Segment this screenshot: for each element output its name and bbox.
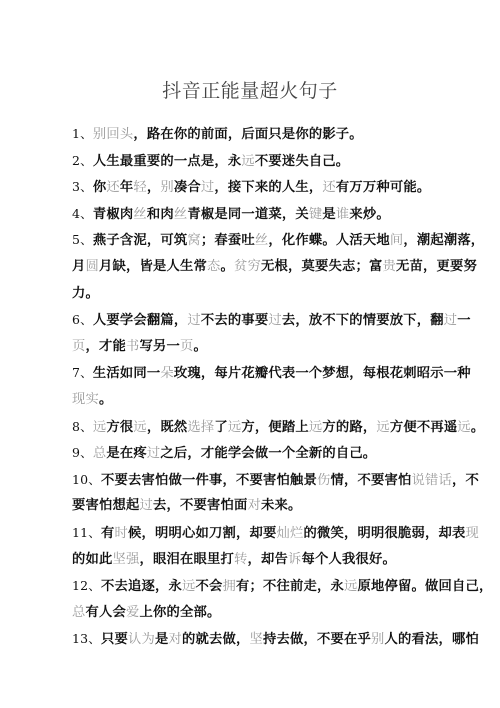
item-number: 12、: [72, 578, 101, 593]
text-segment: 方的路，: [322, 420, 376, 435]
text-segment: 说错话: [411, 473, 452, 488]
text-segment: 是在疼: [106, 446, 147, 461]
text-segment: 认为: [128, 632, 155, 647]
text-segment: 时: [115, 526, 129, 541]
text-segment: 远: [376, 420, 390, 435]
text-segment: 持去做，不要在乎: [263, 632, 371, 647]
text-segment: 丝: [174, 207, 188, 222]
text-segment: ，接下来的人生，: [214, 180, 322, 195]
text-segment: 诉: [288, 552, 302, 567]
text-segment: 人的看法，哪怕: [384, 632, 478, 647]
text-segment: ，眼泪在眼里打: [140, 552, 234, 567]
text-segment: 书: [126, 339, 140, 354]
text-segment: 不会: [196, 579, 223, 594]
text-line: 要害怕想起过去，不要害怕面对未来。: [72, 493, 452, 520]
text-segment: 的如此: [72, 552, 113, 567]
text-segment: 一: [457, 313, 471, 328]
text-segment: 贫穷: [234, 259, 261, 274]
text-segment: 是: [155, 632, 169, 647]
text-segment: ，既然: [147, 420, 188, 435]
text-segment: 和肉: [147, 207, 174, 222]
text-segment: 远: [344, 579, 358, 594]
text-segment: 方，便踏上: [241, 420, 308, 435]
text-segment: 只要: [101, 632, 128, 647]
text-segment: 过: [268, 313, 282, 328]
text-line: 的如此坚强，眼泪在眼里打转，却告诉每个人我很好。: [72, 547, 452, 574]
text-segment: ；春蚕吐: [201, 233, 255, 248]
text-segment: 人要学会翻篇，: [93, 313, 187, 328]
text-line: 11、有时候，明明心如刀割，却要灿烂的微笑，明明很脆弱，却表现: [72, 520, 452, 547]
text-line: 力。: [72, 281, 452, 308]
text-segment: 月: [72, 259, 86, 274]
text-segment: 未来。: [261, 498, 302, 513]
text-line: 13、只要认为是对的就去做，坚持去做，不要在乎别人的看法，哪怕: [72, 626, 452, 653]
item-number: 13、: [72, 631, 101, 646]
text-line: 3、你还年轻，别凑合过，接下来的人生，还有万万种可能。: [72, 174, 452, 201]
text-segment: 过: [187, 313, 201, 328]
text-segment: 朵: [160, 366, 174, 381]
item-number: 8、: [72, 419, 93, 434]
text-segment: ，化作蝶。人活天地: [268, 233, 389, 248]
text-segment: 过: [139, 498, 153, 513]
text-segment: 去，放不下的情要放下，翻: [282, 313, 444, 328]
text-segment: 是: [322, 207, 336, 222]
text-segment: 写另一: [140, 339, 181, 354]
text-segment: 生活如同一: [93, 366, 160, 381]
text-segment: 燕子含泥，可筑: [93, 233, 187, 248]
text-segment: 的微笑，明明很脆弱，却表: [303, 526, 465, 541]
text-segment: ，才能: [86, 339, 127, 354]
text-segment: 现实: [72, 392, 99, 407]
text-line: 5、燕子含泥，可筑窝；春蚕吐丝，化作蝶。人活天地间，潮起潮落，: [72, 227, 452, 254]
item-number: 6、: [72, 312, 93, 327]
item-number: 11、: [72, 525, 101, 540]
text-segment: 不要去害怕做一件事，不要害怕触景: [101, 473, 317, 488]
text-segment: 年: [120, 180, 134, 195]
text-line: 2、人生最重要的一点是，永远不要迷失自己。: [72, 148, 452, 175]
text-segment: 远: [133, 420, 147, 435]
text-segment: 有: [101, 526, 115, 541]
item-number: 5、: [72, 232, 93, 247]
text-segment: 窝: [187, 233, 201, 248]
text-segment: 伤: [317, 473, 331, 488]
text-segment: 凑合: [174, 180, 201, 195]
text-line: 4、青椒肉丝和肉丝青椒是同一道菜，关键是谁来炒。: [72, 201, 452, 228]
text-segment: 轻: [133, 180, 147, 195]
text-segment: 转: [234, 552, 248, 567]
text-segment: 别回头: [93, 127, 134, 142]
text-segment: 去，不要害怕面: [153, 498, 247, 513]
text-segment: 人生最重要的一点是，永: [93, 154, 241, 169]
text-segment: 灿烂: [276, 526, 303, 541]
text-segment: 态: [207, 259, 221, 274]
text-segment: 力。: [72, 286, 99, 301]
text-segment: 情，不要害怕: [330, 473, 411, 488]
text-segment: 要害怕想起: [72, 498, 139, 513]
text-segment: 页: [72, 339, 86, 354]
text-segment: 页: [180, 339, 194, 354]
text-segment: 拥: [223, 579, 237, 594]
text-segment: 现: [465, 526, 479, 541]
text-line: 现实。: [72, 387, 452, 414]
text-line: 页，才能书写另一页。: [72, 334, 452, 361]
text-segment: 上你的全部。: [140, 605, 221, 620]
text-segment: 玫瑰，每片花瓣代表一个梦想，每根花刺昭示一种: [174, 366, 471, 381]
text-segment: ，潮起潮落，: [403, 233, 484, 248]
text-segment: 有万万种可能。: [336, 180, 430, 195]
document-body: 1、别回头，路在你的前面，后面只是你的影子。2、人生最重要的一点是，永远不要迷失…: [72, 121, 452, 653]
item-number: 2、: [72, 153, 93, 168]
text-line: 8、远方很远，既然选择了远方，便踏上远方的路，远方便不再遥远。: [72, 414, 452, 441]
text-segment: 爱: [126, 605, 140, 620]
text-segment: 了: [214, 420, 228, 435]
text-segment: 选择: [187, 420, 214, 435]
text-segment: 贵: [382, 259, 396, 274]
text-segment: 远: [228, 420, 242, 435]
item-number: 7、: [72, 365, 93, 380]
text-segment: 方很: [106, 420, 133, 435]
text-segment: 你: [93, 180, 107, 195]
item-number: 9、: [72, 445, 93, 460]
text-segment: 候，明明心如刀割，却要: [128, 526, 276, 541]
text-segment: 原地停留。做回自己，: [357, 579, 492, 594]
text-segment: 对: [247, 498, 261, 513]
text-segment: ，不: [452, 473, 479, 488]
text-segment: 无苗，更要努: [396, 259, 477, 274]
text-segment: ，路在你的前面，后面只是你的影子。: [133, 127, 362, 142]
text-segment: 圆: [86, 259, 100, 274]
text-segment: 来炒。: [349, 207, 390, 222]
item-number: 10、: [72, 472, 101, 487]
text-segment: 总: [93, 446, 107, 461]
text-segment: 丝: [255, 233, 269, 248]
text-segment: 无根，莫要失志；富: [261, 259, 382, 274]
text-segment: 不去的事要: [201, 313, 268, 328]
text-segment: 坚强: [113, 552, 140, 567]
text-line: 总有人会爱上你的全部。: [72, 600, 452, 627]
text-segment: 对: [169, 632, 183, 647]
text-segment: 别: [371, 632, 385, 647]
text-line: 7、生活如同一朵玫瑰，每片花瓣代表一个梦想，每根花刺昭示一种: [72, 360, 452, 387]
text-line: 1、别回头，路在你的前面，后面只是你的影子。: [72, 121, 452, 148]
text-segment: 别: [160, 180, 174, 195]
text-segment: 键: [309, 207, 323, 222]
text-line: 10、不要去害怕做一件事，不要害怕触景伤情，不要害怕说错话，不: [72, 467, 452, 494]
text-segment: 不去追逐，永: [101, 579, 182, 594]
text-segment: 过: [201, 180, 215, 195]
text-segment: 之后，才能学会做一个全新的自己。: [160, 446, 376, 461]
text-line: 月圆月缺，皆是人生常态。贫穷无根，莫要失志；富贵无苗，更要努: [72, 254, 452, 281]
text-segment: ，却告: [247, 552, 288, 567]
text-segment: 远: [309, 420, 323, 435]
text-segment: 青椒是同一道菜，关: [187, 207, 308, 222]
text-segment: 远: [182, 579, 196, 594]
text-segment: 每个人我很好。: [301, 552, 395, 567]
item-number: 4、: [72, 206, 93, 221]
text-segment: 远: [93, 420, 107, 435]
text-line: 6、人要学会翻篇，过不去的事要过去，放不下的情要放下，翻过一: [72, 307, 452, 334]
text-segment: 青椒肉: [93, 207, 134, 222]
text-segment: 远: [241, 154, 255, 169]
text-segment: 月缺，皆是人生常: [99, 259, 207, 274]
text-segment: 。: [99, 392, 113, 407]
text-segment: 间: [390, 233, 404, 248]
text-segment: 还: [322, 180, 336, 195]
text-segment: 远: [457, 420, 471, 435]
text-segment: ，: [147, 180, 161, 195]
text-segment: 谁: [336, 207, 350, 222]
item-number: 3、: [72, 179, 93, 194]
item-number: 1、: [72, 126, 93, 141]
text-segment: 。: [194, 339, 208, 354]
text-segment: 过: [444, 313, 458, 328]
document-title: 抖音正能量超火句子: [0, 76, 500, 103]
text-segment: 的就去做，: [182, 632, 249, 647]
text-segment: 不要迷失自己。: [255, 154, 349, 169]
text-segment: 有；不往前走，永: [236, 579, 344, 594]
text-segment: 坚: [250, 632, 264, 647]
text-segment: 丝: [133, 207, 147, 222]
text-segment: 方便不再遥: [390, 420, 457, 435]
text-segment: 。: [471, 420, 485, 435]
text-line: 12、不去追逐，永远不会拥有；不往前走，永远原地停留。做回自己，: [72, 573, 452, 600]
text-segment: 总: [72, 605, 86, 620]
text-segment: 。: [220, 259, 234, 274]
text-segment: 还: [106, 180, 120, 195]
text-segment: 过: [147, 446, 161, 461]
text-segment: 有人会: [86, 605, 127, 620]
text-line: 9、总是在疼过之后，才能学会做一个全新的自己。: [72, 440, 452, 467]
